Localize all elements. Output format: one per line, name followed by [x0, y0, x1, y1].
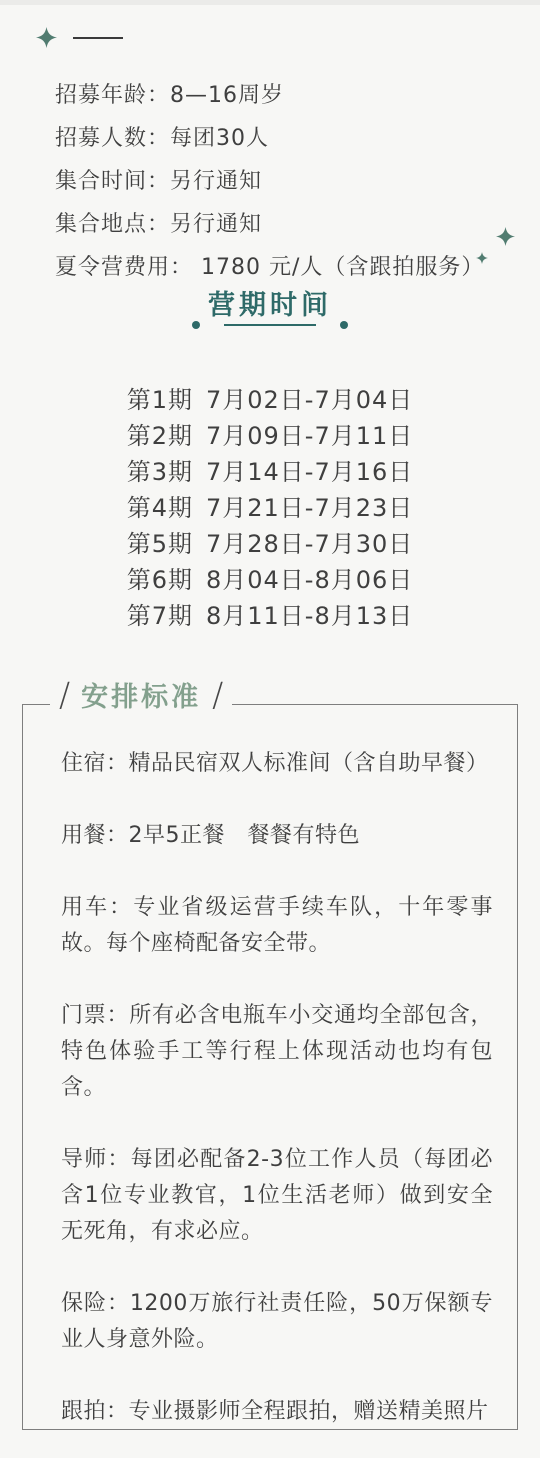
schedule-dates: 7月14日-7月16日 — [206, 458, 413, 486]
standard-item-transport: 用车：专业省级运营手续车队，十年零事故。每个座椅配备安全带。 — [61, 890, 493, 962]
section-title-camp-periods: 营期时间 — [0, 283, 540, 322]
schedule-row: 第6期8月04日-8月06日 — [0, 562, 540, 598]
schedule-dates: 7月02日-7月04日 — [206, 386, 413, 414]
info-row-meeting-place: 集合地点：另行通知 — [55, 201, 520, 244]
right-decoration-large — [496, 227, 515, 246]
standards-section-box: / 安排标准 / 住宿：精品民宿双人标准间（含自助早餐） 用餐：2早5正餐 餐餐… — [22, 704, 518, 1430]
standard-item-lodging: 住宿：精品民宿双人标准间（含自助早餐） — [61, 746, 493, 782]
dot-icon — [340, 321, 348, 329]
camp-schedule-list: 第1期7月02日-7月04日 第2期7月09日-7月11日 第3期7月14日-7… — [0, 382, 540, 634]
diamond-sparkle-icon — [476, 252, 488, 264]
schedule-row: 第2期7月09日-7月11日 — [0, 418, 540, 454]
info-row-price: 夏令营费用： 1780 元/人（含跟拍服务） — [55, 244, 520, 287]
schedule-dates: 7月28日-7月30日 — [206, 530, 413, 558]
schedule-dates: 8月04日-8月06日 — [206, 566, 413, 594]
divider-line — [73, 37, 123, 39]
top-left-decoration — [36, 27, 123, 48]
schedule-period: 第7期 — [127, 602, 193, 630]
info-text: 招募人数：每团30人 — [55, 121, 269, 152]
standard-item-mentors: 导师：每团必配备2-3位工作人员（每团必含1位专业教官，1位生活老师）做到安全无… — [61, 1142, 493, 1250]
info-text: 集合地点：另行通知 — [55, 207, 262, 238]
schedule-dates: 7月21日-7月23日 — [206, 494, 413, 522]
schedule-row: 第7期8月11日-8月13日 — [0, 598, 540, 634]
standard-item-meals: 用餐：2早5正餐 餐餐有特色 — [61, 818, 493, 854]
diamond-sparkle-icon — [496, 227, 515, 246]
standard-item-insurance: 保险：1200万旅行社责任险，50万保额专业人身意外险。 — [61, 1286, 493, 1358]
schedule-dates: 8月11日-8月13日 — [206, 602, 413, 630]
camp-flyer-page: 招募年龄：8—16周岁 招募人数：每团30人 集合时间：另行通知 集合地点：另行… — [0, 0, 540, 1458]
top-edge-strip — [0, 0, 540, 5]
schedule-row: 第4期7月21日-7月23日 — [0, 490, 540, 526]
schedule-period: 第2期 — [127, 422, 193, 450]
dot-icon — [192, 321, 200, 329]
info-text: 集合时间：另行通知 — [55, 164, 262, 195]
schedule-row: 第3期7月14日-7月16日 — [0, 454, 540, 490]
standards-section-title: / 安排标准 / — [50, 671, 232, 717]
info-text: 招募年龄：8—16周岁 — [55, 78, 284, 109]
standard-item-tickets: 门票：所有必含电瓶车小交通均全部包含，特色体验手工等行程上体现活动也均有包含。 — [61, 998, 493, 1106]
schedule-period: 第3期 — [127, 458, 193, 486]
camp-title-underline-decoration — [0, 321, 540, 329]
schedule-row: 第5期7月28日-7月30日 — [0, 526, 540, 562]
slash-decor-right: / — [212, 675, 223, 714]
divider-line — [224, 324, 316, 326]
camp-info-list: 招募年龄：8—16周岁 招募人数：每团30人 集合时间：另行通知 集合地点：另行… — [55, 72, 520, 287]
slash-decor-left: / — [59, 675, 70, 714]
standard-item-photography: 跟拍：专业摄影师全程跟拍，赠送精美照片 — [61, 1394, 493, 1430]
section-title-standards: 安排标准 — [81, 675, 201, 714]
schedule-row: 第1期7月02日-7月04日 — [0, 382, 540, 418]
schedule-period: 第6期 — [127, 566, 193, 594]
schedule-dates: 7月09日-7月11日 — [206, 422, 413, 450]
schedule-period: 第1期 — [127, 386, 193, 414]
diamond-sparkle-icon — [36, 27, 57, 48]
info-row-headcount: 招募人数：每团30人 — [55, 115, 520, 158]
schedule-period: 第4期 — [127, 494, 193, 522]
right-decoration-small — [476, 252, 488, 264]
schedule-period: 第5期 — [127, 530, 193, 558]
info-text: 夏令营费用： 1780 元/人（含跟拍服务） — [55, 250, 484, 281]
info-row-meeting-time: 集合时间：另行通知 — [55, 158, 520, 201]
info-row-age: 招募年龄：8—16周岁 — [55, 72, 520, 115]
